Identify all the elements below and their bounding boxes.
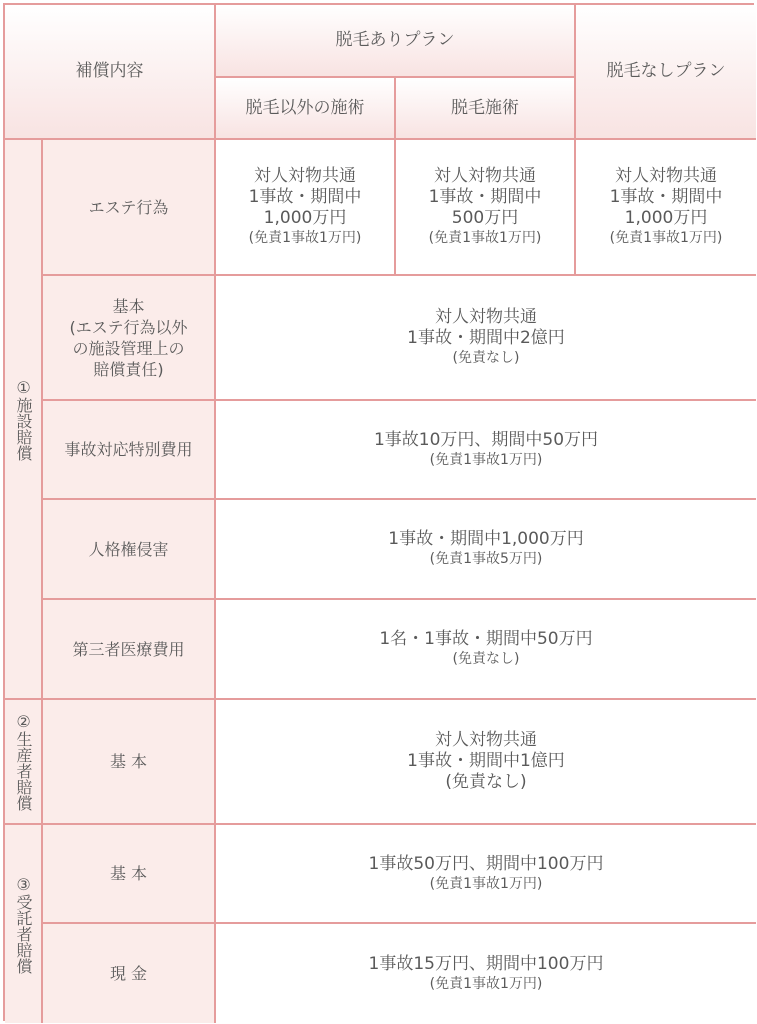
personality-rights-value: 1事故・期間中1,000万円 (免責1事故5万円) xyxy=(216,500,756,600)
value-deductible: (免責1事故1万円) xyxy=(610,229,723,248)
value-line: 1事故・期間中 xyxy=(429,187,542,208)
value-amount: 1事故50万円、期間中100万円 xyxy=(369,854,604,875)
custodian-cash-value: 1事故15万円、期間中100万円 (免責1事故1万円) xyxy=(216,924,756,1023)
value-line: 対人対物共通 xyxy=(254,166,356,187)
value-deductible: (免責1事故1万円) xyxy=(429,229,542,248)
esthetic-hair-removal-value: 対人対物共通 1事故・期間中 500万円 (免責1事故1万円) xyxy=(396,140,576,276)
esthetic-non-hair-removal-value: 対人対物共通 1事故・期間中 1,000万円 (免責1事故1万円) xyxy=(216,140,396,276)
header-sub-non-hair-removal: 脱毛以外の施術 xyxy=(216,78,396,140)
group-custodian-label: ③受託者賠償 xyxy=(14,875,32,974)
value-deductible: (免責1事故1万円) xyxy=(430,975,543,994)
header-sub-hair-removal: 脱毛施術 xyxy=(396,78,576,140)
facility-basic-value: 対人対物共通 1事故・期間中2億円 (免責なし) xyxy=(216,276,756,401)
value-amount: 1事故10万円、期間中50万円 xyxy=(374,430,598,451)
coverage-table: 補償内容 脱毛ありプラン 脱毛なしプラン 脱毛以外の施術 脱毛施術 ①施設賠償 … xyxy=(3,3,754,1021)
row-label-facility-basic: 基本 (エステ行為以外 の施設管理上の 賠償責任) xyxy=(43,276,216,401)
label-line: 基本 xyxy=(112,296,144,317)
header-coverage-label: 補償内容 xyxy=(76,61,144,82)
group-facility-label: ①施設賠償 xyxy=(14,378,32,461)
value-amount: 1事故・期間中2億円 xyxy=(407,328,565,349)
value-amount: 1事故・期間中1,000万円 xyxy=(388,529,583,550)
value-line: 1事故・期間中 xyxy=(610,187,723,208)
row-label-accident-special-expenses: 事故対応特別費用 xyxy=(43,401,216,500)
producer-basic-label: 基 本 xyxy=(110,751,147,772)
row-label-custodian-basic: 基 本 xyxy=(43,825,216,924)
custodian-cash-label: 現 金 xyxy=(110,963,147,984)
value-amount: 1名・1事故・期間中50万円 xyxy=(379,629,592,650)
group-facility-liability: ①施設賠償 xyxy=(5,140,43,700)
sub-hair-removal-label: 脱毛施術 xyxy=(451,98,519,119)
value-deductible: (免責1事故1万円) xyxy=(249,229,362,248)
third-party-medical-label: 第三者医療費用 xyxy=(72,639,184,660)
value-deductible: (免責1事故1万円) xyxy=(430,451,543,470)
value-amount: 1事故15万円、期間中100万円 xyxy=(369,954,604,975)
group-custodian-liability: ③受託者賠償 xyxy=(5,825,43,1023)
value-line: 1事故・期間中 xyxy=(249,187,362,208)
value-amount: 1,000万円 xyxy=(264,208,347,229)
plan-without-hair-removal-label: 脱毛なしプラン xyxy=(607,61,726,82)
value-deductible: (免責1事故5万円) xyxy=(430,550,543,569)
value-deductible: (免責1事故1万円) xyxy=(430,875,543,894)
personality-rights-label: 人格権侵害 xyxy=(88,539,168,560)
group-producer-liability: ②生産者賠償 xyxy=(5,700,43,825)
third-party-medical-value: 1名・1事故・期間中50万円 (免責なし) xyxy=(216,600,756,700)
custodian-basic-value: 1事故50万円、期間中100万円 (免責1事故1万円) xyxy=(216,825,756,924)
label-line: 賠償責任) xyxy=(93,359,163,380)
header-plan-with-hair-removal: 脱毛ありプラン xyxy=(216,5,576,78)
row-label-esthetic: エステ行為 xyxy=(43,140,216,276)
esthetic-no-hair-removal-plan-value: 対人対物共通 1事故・期間中 1,000万円 (免責1事故1万円) xyxy=(576,140,756,276)
esthetic-label: エステ行為 xyxy=(89,197,169,218)
row-label-custodian-cash: 現 金 xyxy=(43,924,216,1023)
sub-non-hair-removal-label: 脱毛以外の施術 xyxy=(246,98,365,119)
value-deductible: (免責なし) xyxy=(453,349,520,368)
value-deductible: (免責なし) xyxy=(453,650,520,669)
value-line: 対人対物共通 xyxy=(615,166,717,187)
label-line: (エステ行為以外 xyxy=(70,317,188,338)
producer-basic-value: 対人対物共通 1事故・期間中1億円 (免責なし) xyxy=(216,700,756,825)
label-line: の施設管理上の xyxy=(72,338,184,359)
value-line: 対人対物共通 xyxy=(434,166,536,187)
value-line: 対人対物共通 xyxy=(435,730,537,751)
group-producer-label: ②生産者賠償 xyxy=(14,712,32,811)
value-line: 対人対物共通 xyxy=(435,307,537,328)
value-amount: 1事故・期間中1億円 xyxy=(407,751,565,772)
plan-with-hair-removal-label: 脱毛ありプラン xyxy=(336,30,455,51)
row-label-third-party-medical: 第三者医療費用 xyxy=(43,600,216,700)
accident-special-label: 事故対応特別費用 xyxy=(64,439,192,460)
header-coverage-content: 補償内容 xyxy=(5,5,216,140)
accident-special-value: 1事故10万円、期間中50万円 (免責1事故1万円) xyxy=(216,401,756,500)
custodian-basic-label: 基 本 xyxy=(110,863,147,884)
row-label-producer-basic: 基 本 xyxy=(43,700,216,825)
row-label-personality-rights: 人格権侵害 xyxy=(43,500,216,600)
value-amount: 1,000万円 xyxy=(625,208,708,229)
header-plan-without-hair-removal: 脱毛なしプラン xyxy=(576,5,756,140)
value-amount: 500万円 xyxy=(452,208,518,229)
value-deductible: (免責なし) xyxy=(445,772,526,793)
